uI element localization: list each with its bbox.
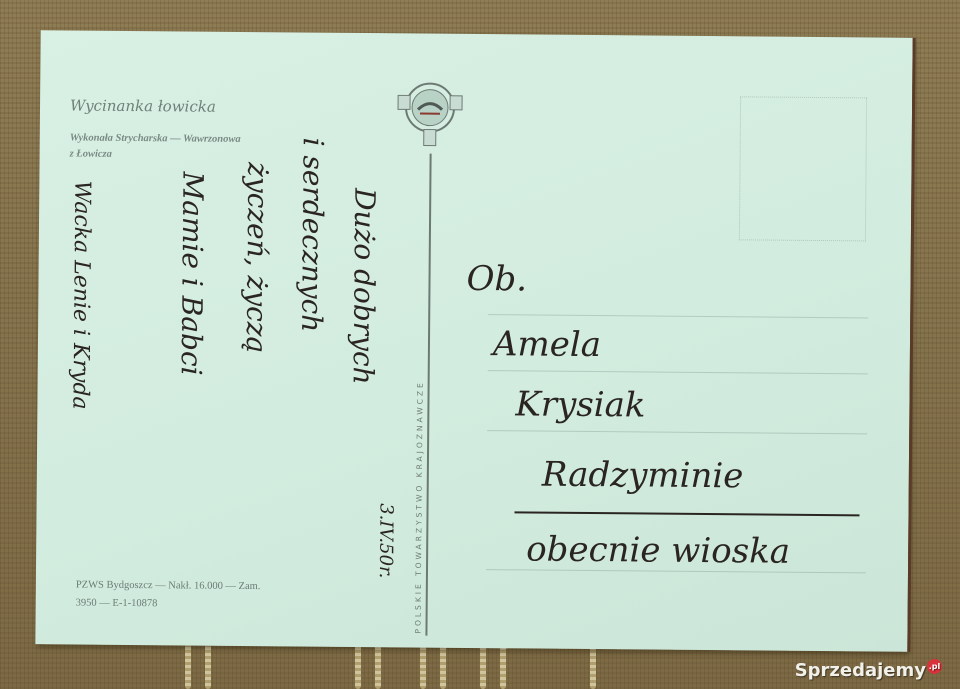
message-line: Mamie i Babci: [175, 171, 210, 375]
address-town-underline: [514, 511, 859, 516]
address-recipient-surname: Krysiak: [515, 384, 645, 425]
printed-footer-line2: 3950 — E-1-10878: [76, 595, 261, 615]
message-line: życzeń, życzą: [240, 162, 275, 353]
printed-footer-line1: PZWS Bydgoszcz — Nakł. 16.000 — Zam.: [76, 577, 261, 597]
fringe-tassel: [440, 641, 446, 689]
message-date: 3.IV.50r.: [375, 503, 397, 578]
fringe-tassel: [355, 641, 361, 689]
address-line: [488, 370, 868, 374]
message-line: Wacka Lenie i Kryda: [67, 180, 94, 409]
watermark: Sprzedajemy.pl: [795, 659, 942, 681]
message-line: i serdecznych: [295, 137, 330, 332]
publisher-vertical-text: POLSKIE TOWARZYSTWO KRAJOZNAWCZE: [413, 380, 424, 633]
address-town: Radzyminie: [542, 455, 744, 497]
printed-credit: Wykonała Strycharska — Wawrzonowa z Łowi…: [70, 130, 241, 163]
stamp-area: [739, 96, 867, 241]
address-note: obecnie wioska: [526, 529, 790, 571]
message-line: Dużo dobrych: [347, 188, 382, 385]
watermark-tld-badge: .pl: [927, 659, 942, 674]
pttk-emblem-icon: [390, 73, 471, 149]
address-line: [487, 430, 867, 434]
printed-footer: PZWS Bydgoszcz — Nakł. 16.000 — Zam. 395…: [76, 577, 261, 615]
fringe-tassel: [375, 641, 381, 689]
address-salutation: Ob.: [466, 259, 527, 300]
center-divider: [425, 154, 431, 636]
fringe-tassel: [205, 641, 211, 689]
printed-credit-line1: Wykonała Strycharska — Wawrzonowa: [70, 130, 241, 147]
address-line: [488, 314, 868, 318]
watermark-brand: Sprzedajemy: [795, 660, 926, 681]
fringe-tassel: [480, 641, 486, 689]
postcard: Wycinanka łowicka Wykonała Strycharska —…: [35, 30, 912, 652]
printed-title: Wycinanka łowicka: [70, 96, 216, 115]
address-recipient-first-name: Amela: [493, 324, 601, 365]
printed-credit-line2: z Łowicza: [70, 146, 241, 163]
fringe-tassel: [420, 641, 426, 689]
fringe-tassel: [185, 641, 191, 689]
